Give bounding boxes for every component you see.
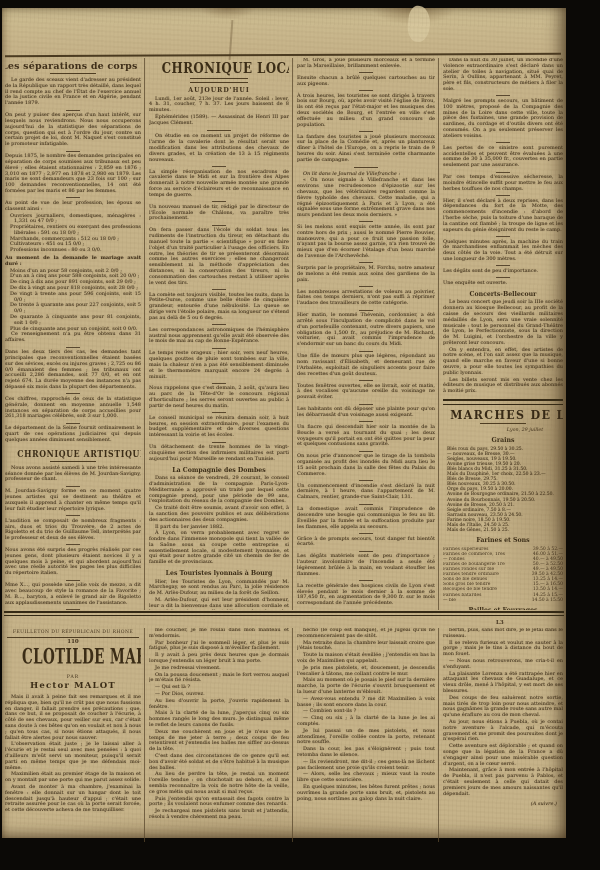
dombes-body: Dans sa séance de vendredi, 29 courant, … bbox=[149, 476, 289, 566]
paragraph: Deux me couchèrent en joue et je n'eus q… bbox=[149, 730, 289, 753]
main-columns: Les séparations de corps en 1879 Le gard… bbox=[5, 58, 565, 610]
paragraph: Au lieu d'ouvrir la porte, j'ouvris rapi… bbox=[149, 699, 289, 711]
paragraph: Puis j'entendis qu'on entassait des fago… bbox=[149, 797, 289, 809]
paragraph: Si les melons sont exquis cette année, i… bbox=[297, 221, 435, 259]
paragraph: Un nouveau manuel de tir, rédigé par le … bbox=[149, 201, 289, 222]
marches-title-rule bbox=[480, 423, 526, 424]
paragraph: À trois heures, les touristes se sont di… bbox=[297, 90, 435, 128]
paragraph: Les habitants ont dû déposer une plainte… bbox=[297, 404, 435, 419]
paragraph: Depuis 1875, le nombre des demandes prin… bbox=[5, 151, 141, 195]
paragraph: Un détachement de trente hommes de la vi… bbox=[149, 442, 289, 463]
feuilleton-column-2: me coucher, je me roulai dans mon mantea… bbox=[149, 628, 289, 842]
paragraph: Une fille de mœurs plus que légères, rép… bbox=[297, 351, 435, 378]
paragraph: Les correspondances astronomiques de l'h… bbox=[149, 324, 289, 345]
paragraph: — Alors, selle les chevaux ; mieux vaut … bbox=[297, 772, 435, 784]
paragraph: La séance s'est terminée par le duo du q… bbox=[5, 609, 141, 610]
aujourdhui-label: AUJOURD'HUI bbox=[149, 87, 289, 94]
signature-mark: L3 bbox=[496, 620, 504, 626]
paragraph: Le garde des sceaux vient d'adresser au … bbox=[5, 78, 141, 107]
pailles-title: Pailles et Fourrages bbox=[443, 607, 563, 610]
paragraph: Dans la cour, les pas s'éloignèrent ; pu… bbox=[297, 747, 435, 759]
paragraph: Avant de monter à ma chambre, j'examinai… bbox=[5, 785, 141, 814]
paragraph: Les pertes de ce sinistre sont purement … bbox=[443, 142, 563, 169]
paragraph: Par bonheur j'ai le sommeil léger, et pl… bbox=[149, 641, 289, 653]
paragraph: En quelques minutes, les bêtes furent pr… bbox=[297, 785, 435, 802]
market-row: — blé 14.50 à 15.50 bbox=[443, 598, 563, 603]
paragraph: — Avez-vous entendu ? me dit Maximilien … bbox=[297, 697, 435, 709]
paragraph: bertin, puis, sans mot dire, je le jetai… bbox=[443, 628, 563, 640]
paragraph: Surpris par le propriétaire, M. Forchu, … bbox=[297, 262, 435, 283]
column-2: CHRONIQUE LOCALE AUJOURD'HUI Lundi, 1er … bbox=[149, 58, 289, 610]
column-divider bbox=[438, 58, 439, 610]
column-divider bbox=[292, 58, 293, 610]
paragraph: M. Arlès-Dufour, qui est leur président … bbox=[149, 598, 289, 610]
paragraph: La plaisante Lorenza a été rattrapée hie… bbox=[443, 672, 563, 695]
feuilleton-section: FEUILLETON DU RÉPUBLICAIN DU RHONE 110 C… bbox=[5, 628, 565, 842]
chronique-locale-title: CHRONIQUE LOCALE bbox=[162, 60, 277, 77]
grains-list: Blés roux du pays, 29.50 à 30.25.— nouve… bbox=[443, 447, 563, 534]
feuilleton-closing: (A suivre.) bbox=[443, 802, 563, 808]
par-label: PAR bbox=[5, 675, 141, 680]
paragraph: La domestique avait commis l'imprudence … bbox=[297, 504, 435, 531]
paragraph: Maintenant, grâce à mon entrée à l'hôpit… bbox=[443, 768, 563, 797]
paragraph: hecho (le coup est manqué), et je jugeai… bbox=[297, 628, 435, 640]
paragraph: Mme X..., qui possède une jolie voix de … bbox=[5, 580, 141, 607]
paragraph: Mais au moment où je posais le pied sur … bbox=[297, 678, 435, 695]
feuilleton-text-4: bertin, puis, sans mot dire, je le jetai… bbox=[443, 628, 563, 797]
marches-de-lyon: MARCHES DE LYON Lyon, 29 juillet Grains … bbox=[443, 399, 563, 610]
paragraph: Un fiacre qui descendait hier soir la mo… bbox=[297, 421, 435, 448]
paragraph: L'observation était juste ; je le laissa… bbox=[5, 742, 141, 771]
paragraph: Une enquête est ouverte. bbox=[443, 277, 563, 286]
paragraph: La simple réorganisation de nos escadron… bbox=[149, 166, 289, 199]
paragraph: Le beau concert que jeudi soir la IIIe s… bbox=[443, 300, 563, 346]
paragraph: — Por Dios, ouvrez. bbox=[149, 692, 289, 698]
incendies: Dans la nuit du 30 juillet, un incendie … bbox=[443, 58, 563, 287]
headline-rule bbox=[50, 73, 96, 74]
column-4: Dans la nuit du 30 juillet, un incendie … bbox=[443, 58, 563, 610]
touristes-body: Hier, les Touristes de Lyon, commandés p… bbox=[149, 580, 289, 610]
paragraph: Ces chiffres, rapprochés de ceux de la s… bbox=[5, 393, 141, 420]
paragraph: Mais à la clarté de la lune, j'aperçus c… bbox=[149, 711, 289, 728]
column-divider bbox=[144, 58, 145, 610]
paragraph: Maximilien était au premier étage de la … bbox=[5, 772, 141, 784]
feuilleton-author: Hector MALOT bbox=[5, 681, 141, 691]
paragraph: Toute la maison s'était éveillée ; j'ent… bbox=[297, 653, 435, 665]
farines-table: Farines supérieures 39.50 à 52.— Farines… bbox=[443, 547, 563, 603]
separator bbox=[354, 167, 378, 168]
marches-title: MARCHES DE LYON bbox=[450, 407, 556, 422]
paragraph: M. Gros, a joué plusieurs morceaux et a … bbox=[297, 58, 435, 70]
paragraph: Au lieu de perdre la tête, je restai un … bbox=[149, 772, 289, 795]
paragraph: Éphémérides (1589). — Assassinat de Henr… bbox=[149, 115, 289, 127]
paragraph: Les dégâts matériels sont de peu d'impor… bbox=[297, 551, 435, 578]
paragraph: M. Jourdan-Savigny forme en ce moment qu… bbox=[5, 486, 141, 513]
touristes-continued: M. Gros, a joué plusieurs morceaux et a … bbox=[297, 58, 435, 164]
paragraph: Hier matin, le nommé Thévenin, cordonnie… bbox=[297, 310, 435, 348]
paragraph: — Cinq ou six ; à la clarté de la lune j… bbox=[297, 716, 435, 728]
chronique-artistique-title: CHRONIQUE ARTISTIQUE bbox=[17, 449, 129, 460]
paragraph: Hier, les Touristes de Lyon, commandés p… bbox=[149, 580, 289, 597]
paragraph: Un commencement d'incendie s'est déclaré… bbox=[297, 480, 435, 501]
paragraph: Ma retraite dans la chambre leur laissai… bbox=[297, 641, 435, 653]
paragraph: On étudie en ce moment un projet de réfo… bbox=[149, 134, 289, 163]
feuilleton-title-wrap: CLOTILDE MARTORY bbox=[5, 646, 141, 672]
stat-line: De quarante à cinquante ans pour 81 conj… bbox=[5, 315, 141, 327]
separator bbox=[207, 130, 231, 131]
column-3: M. Gros, a joué plusieurs morceaux et a … bbox=[297, 58, 435, 610]
paragraph: Au jour, nous étions à Puebla, où je con… bbox=[443, 720, 563, 743]
paragraph: Je rechargeai mes pistolets sans bruit e… bbox=[149, 809, 289, 821]
paragraph: Il y avait à peu près deux heures que je… bbox=[149, 653, 289, 665]
feuilleton-column-1: FEUILLETON DU RÉPUBLICAIN DU RHONE 110 C… bbox=[5, 628, 141, 842]
paragraph: Le département de la Seine fournit ordin… bbox=[5, 423, 141, 444]
paragraph: La fanfare des touristes a joué plusieur… bbox=[297, 131, 435, 164]
paragraph: Dans la nuit du 30 juillet, un incendie … bbox=[443, 58, 563, 93]
paragraph: Ensuite chacun a brûlé quelques cartouch… bbox=[297, 72, 435, 87]
paragraph: Quelques minutes après, la machine du tr… bbox=[443, 236, 563, 263]
paragraph: Nous avons été surpris des progrès réali… bbox=[5, 544, 141, 577]
concerts-bellecour-body: Le beau concert que jeudi soir la IIIe s… bbox=[443, 300, 563, 395]
duration-stats: Moins d'un an pour 58 conjoints, soit 2 … bbox=[5, 269, 141, 333]
concerts-bellecour-title: Concerts-Bellecour bbox=[443, 291, 563, 298]
paragraph: Mais il avait à peine fait ses remarques… bbox=[5, 695, 141, 741]
touristes-title: Les Touristes lyonnais à Bourg bbox=[149, 570, 289, 577]
paragraph: Toutes fenêtres ouvertes, elle se livrai… bbox=[297, 380, 435, 401]
paragraph: Ce renseignement n'a pu être obtenu dans… bbox=[5, 332, 141, 344]
paragraph: Nous avons assisté samedi à une très int… bbox=[5, 466, 141, 483]
article-headline: Les séparations de corps en 1879 bbox=[5, 61, 141, 72]
almanac: Lundi, 1er août, 213e jour de l'année. S… bbox=[149, 97, 289, 127]
profession-stats: Ouvriers journaliers, domestiques, ménag… bbox=[5, 214, 141, 255]
paragraph: — Ils reviendront, me dit-il ; ces gens-… bbox=[297, 760, 435, 772]
column-divider bbox=[438, 628, 439, 842]
paragraph: On la poussa doucement ; mais le fort ve… bbox=[149, 673, 289, 685]
feuilleton-rubric: FEUILLETON DU RÉPUBLICAIN DU RHONE bbox=[5, 630, 141, 635]
rubric-rule bbox=[7, 637, 139, 638]
paragraph: Il se releva furieux et voulut me sauter… bbox=[443, 641, 563, 658]
paragraph: On y entendra, en effet, des artistes de… bbox=[443, 348, 563, 377]
feuilleton-separator-rule bbox=[4, 611, 564, 616]
paragraph: Je lui passai un de mes pistolets, et no… bbox=[297, 729, 435, 746]
stat-line: Professions inconnues : 80 ou 3 0/0. bbox=[5, 248, 141, 254]
local-news: On étudie en ce moment un projet de réfo… bbox=[149, 134, 289, 462]
column-1: Les séparations de corps en 1879 Le gard… bbox=[5, 58, 141, 610]
paragraph: Ce traité doit être soumis, avant d'avoi… bbox=[149, 506, 289, 523]
column-divider bbox=[292, 628, 293, 842]
duration-subhead: Au moment de la demande le mariage avait… bbox=[5, 256, 141, 268]
paragraph: Je pris mes pistolets, et, doucement, je… bbox=[297, 666, 435, 678]
feuilleton-title: CLOTILDE MARTORY bbox=[22, 644, 124, 669]
stat-line: Propriétaires, rentiers ou exerçant des … bbox=[5, 225, 141, 237]
marches-top-rule bbox=[443, 399, 563, 405]
article-closing: Ce renseignement n'a pu être obtenu dans… bbox=[5, 332, 141, 443]
grains-title: Grains bbox=[443, 437, 563, 444]
top-rule bbox=[5, 53, 561, 57]
paragraph: Les billets seront mis en vente chez les… bbox=[443, 378, 563, 395]
paragraph: Malgré les prompts secours, un bâtiment … bbox=[443, 95, 563, 139]
column-divider bbox=[144, 628, 145, 842]
dombes-title: La Compagnie des Dombes bbox=[149, 467, 289, 474]
feuilleton-text-3: hecho (le coup est manqué), et je jugeai… bbox=[297, 628, 435, 802]
paragraph: Nous rappelons que c'est demain, 2 août,… bbox=[149, 383, 289, 410]
paragraph: La recette générale des hospices civils … bbox=[297, 580, 435, 607]
paragraph: Les nombreuses arrestations de voleurs a… bbox=[297, 286, 435, 307]
paragraph: À Lyon, on verra probablement avec regre… bbox=[149, 531, 289, 566]
paragraph: On fera passer dans l'école du soldat to… bbox=[149, 225, 289, 287]
paragraph: Au point de vue de leur profession, les … bbox=[5, 197, 141, 212]
paragraph: Des coups de feu saluèrent notre sortie,… bbox=[443, 696, 563, 719]
paragraph: Je me redressai vivement. bbox=[149, 666, 289, 672]
feuilleton-text-2: me coucher, je me roulai dans mon mantea… bbox=[149, 628, 289, 821]
paragraph: — Nous nous retrouverons, me cria-t-il e… bbox=[443, 659, 563, 671]
paragraph: Lundi, 1er août, 213e jour de l'année. S… bbox=[149, 97, 289, 114]
title-double-rule bbox=[190, 78, 248, 83]
marches-dateline: Lyon, 29 juillet bbox=[443, 428, 563, 433]
section-rule bbox=[50, 461, 96, 462]
price-line: Avoine de Bourgogne ordinaire, 21.50 à 2… bbox=[443, 492, 563, 497]
paragraph: La comète est toujours visible, toutes l… bbox=[149, 289, 289, 322]
paragraph: Hier, il s'est déclaré à deux reprises, … bbox=[443, 195, 563, 233]
paragraph: Le conseil municipal se réunira demain s… bbox=[149, 412, 289, 439]
chronique-artistique-body: Nous avons assisté samedi à une très int… bbox=[5, 466, 141, 610]
farines-title: Farines et Sons bbox=[443, 537, 563, 544]
paragraph: me coucher, je me roulai dans mon mantea… bbox=[149, 628, 289, 640]
paragraph: On peut y puiser des aperçus d'un haut i… bbox=[5, 110, 141, 148]
feuilleton-column-3: hecho (le coup est manqué), et je jugeai… bbox=[297, 628, 435, 842]
paragraph: Dans sa séance de vendredi, 29 courant, … bbox=[149, 476, 289, 505]
market-label: — blé bbox=[443, 598, 530, 603]
price-line: Maïs de Gênes, 21.50 à 25. bbox=[443, 528, 563, 533]
paragraph: Dans les deux tiers des cas, les demande… bbox=[5, 347, 141, 391]
feuilleton-column-4: bertin, puis, sans mot dire, je le jetai… bbox=[443, 628, 563, 842]
newspaper-page: Les séparations de corps en 1879 Le gard… bbox=[2, 8, 566, 838]
market-value: 14.50 à 15.50 bbox=[530, 598, 563, 603]
paragraph: L'audition se composait de nombreux frag… bbox=[5, 515, 141, 542]
paragraph: On nous prie d'annoncer que le tirage de… bbox=[297, 451, 435, 478]
paragraph: Grâce à de prompts secours, tout danger … bbox=[297, 533, 435, 548]
paragraph: Cette aventure est déplorable ; et quand… bbox=[443, 744, 563, 767]
faits-divers: « On nous signale à Villefranche et dans… bbox=[297, 178, 435, 607]
paragraph: Le temps reste orageux ; hier soir, vers… bbox=[149, 348, 289, 381]
paragraph: Les dégâts sont de peu d'importance. bbox=[443, 265, 563, 274]
feuilleton-text-1: Mais il avait à peine fait ses remarques… bbox=[5, 695, 141, 814]
paper-tear bbox=[406, 5, 432, 43]
article-intro: Le garde des sceaux vient d'adresser au … bbox=[5, 78, 141, 213]
paragraph: Par ces temps d'excessive sécheresse, la… bbox=[443, 172, 563, 193]
paragraph: « On nous signale à Villefranche et dans… bbox=[297, 178, 435, 219]
paragraph: C'est dans des circonstances de ce genre… bbox=[149, 754, 289, 771]
